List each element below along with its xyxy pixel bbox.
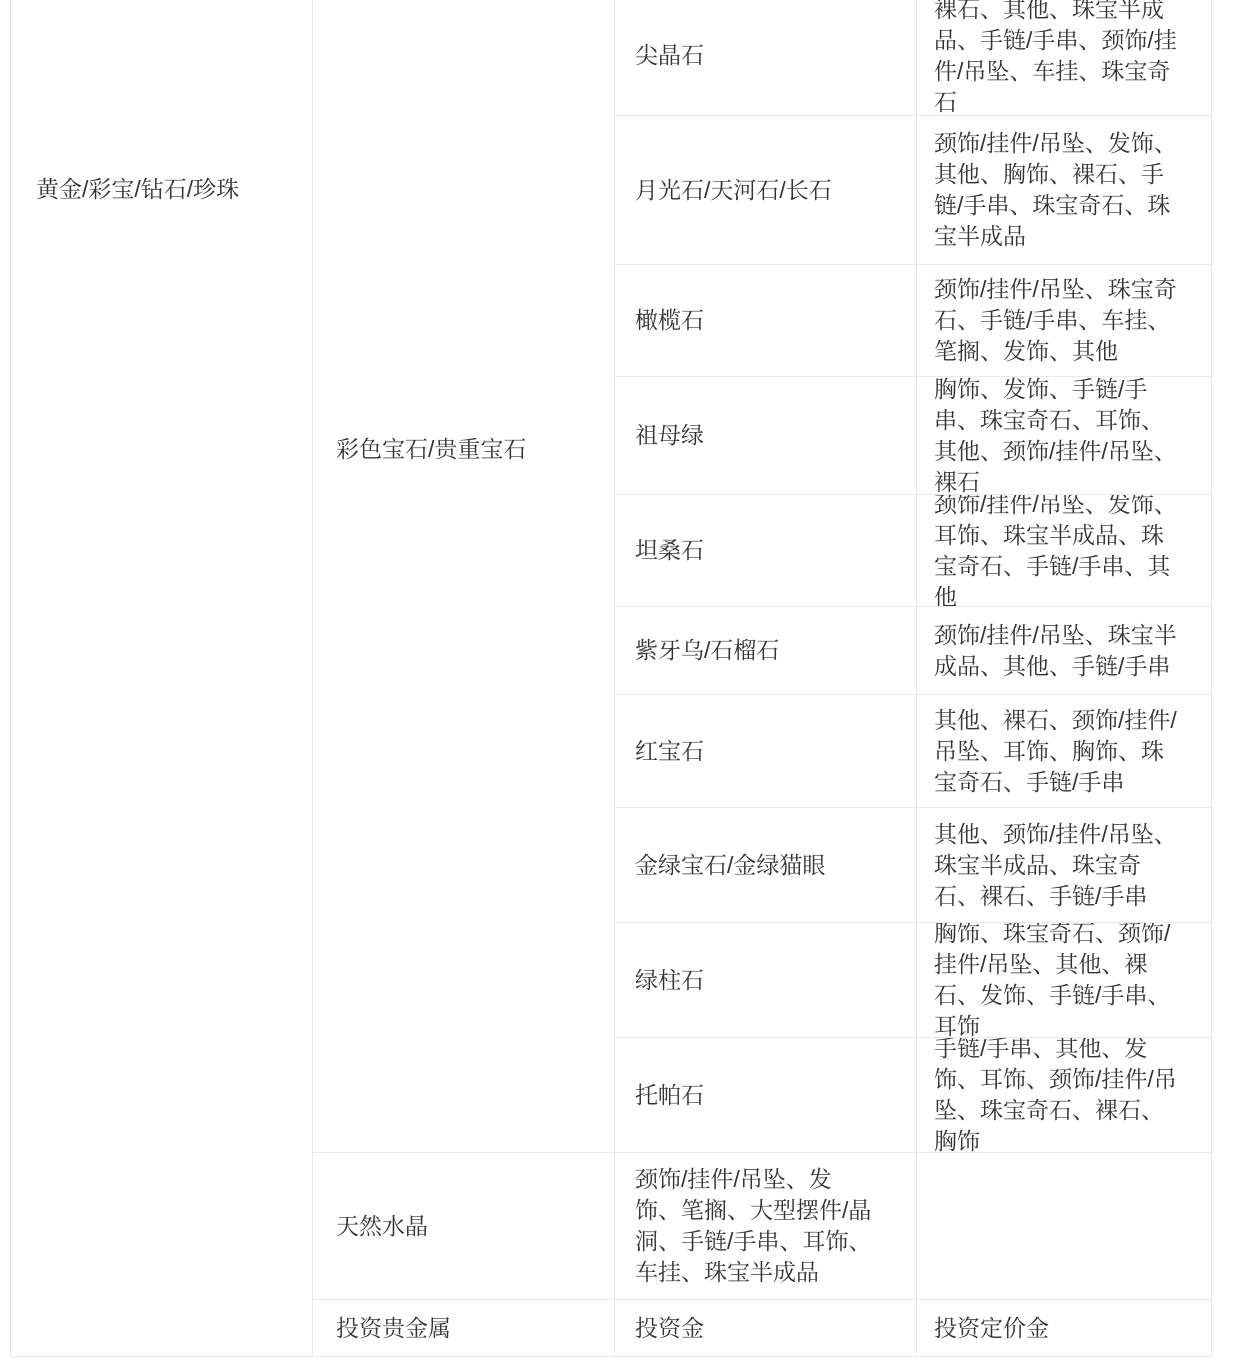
gem-items-cell: 手链/手串、其他、发饰、耳饰、颈饰/挂件/吊坠、珠宝奇石、裸石、胸饰 [917, 1038, 1211, 1153]
level2-category-natural-crystal-cell: 天然水晶 [313, 1153, 615, 1300]
gem-items-cell: 颈饰/挂件/吊坠、珠宝奇石、手链/手串、车挂、笔搁、发饰、其他 [917, 265, 1211, 377]
category-table: 黄金/彩宝/钻石/珍珠 彩色宝石/贵重宝石 尖晶石 裸石、其他、珠宝半成品、手链… [10, 0, 1212, 1357]
level2-category-investment-metals-cell: 投资贵金属 [313, 1300, 615, 1356]
crystal-items-cell: 颈饰/挂件/吊坠、发饰、笔搁、大型摆件/晶洞、手链/手串、耳饰、车挂、珠宝半成品 [615, 1153, 917, 1300]
gem-name-cell: 尖晶石 [615, 0, 917, 116]
gem-items-cell: 颈饰/挂件/吊坠、发饰、其他、胸饰、裸石、手链/手串、珠宝奇石、珠宝半成品 [917, 116, 1211, 265]
gem-name-cell: 绿柱石 [615, 923, 917, 1038]
category-table-page: 黄金/彩宝/钻石/珍珠 彩色宝石/贵重宝石 尖晶石 裸石、其他、珠宝半成品、手链… [0, 0, 1237, 1360]
gem-items-cell: 颈饰/挂件/吊坠、珠宝半成品、其他、手链/手串 [917, 607, 1211, 695]
gem-name-cell: 托帕石 [615, 1038, 917, 1153]
gem-items-cell: 胸饰、珠宝奇石、颈饰/挂件/吊坠、其他、裸石、发饰、手链/手串、耳饰 [917, 923, 1211, 1038]
gem-name-cell: 月光石/天河石/长石 [615, 116, 917, 265]
gem-name-cell: 紫牙乌/石榴石 [615, 607, 917, 695]
gem-items-cell: 其他、颈饰/挂件/吊坠、珠宝半成品、珠宝奇石、裸石、手链/手串 [917, 808, 1211, 923]
level1-category-cell: 黄金/彩宝/钻石/珍珠 [11, 0, 313, 1356]
empty-cell [917, 1153, 1211, 1300]
gem-items-cell: 裸石、其他、珠宝半成品、手链/手串、颈饰/挂件/吊坠、车挂、珠宝奇石 [917, 0, 1211, 116]
gem-items-cell: 其他、裸石、颈饰/挂件/吊坠、耳饰、胸饰、珠宝奇石、手链/手串 [917, 695, 1211, 808]
gem-items-cell: 胸饰、发饰、手链/手串、珠宝奇石、耳饰、其他、颈饰/挂件/吊坠、裸石 [917, 377, 1211, 495]
level2-category-colored-gems-cell: 彩色宝石/贵重宝石 [313, 0, 615, 1153]
gem-name-cell: 坦桑石 [615, 495, 917, 607]
gem-items-cell: 颈饰/挂件/吊坠、发饰、耳饰、珠宝半成品、珠宝奇石、手链/手串、其他 [917, 495, 1211, 607]
gem-items-cell: 投资定价金 [917, 1300, 1211, 1356]
gem-name-cell: 橄榄石 [615, 265, 917, 377]
gem-name-cell: 投资金 [615, 1300, 917, 1356]
gem-name-cell: 金绿宝石/金绿猫眼 [615, 808, 917, 923]
gem-name-cell: 红宝石 [615, 695, 917, 808]
gem-name-cell: 祖母绿 [615, 377, 917, 495]
